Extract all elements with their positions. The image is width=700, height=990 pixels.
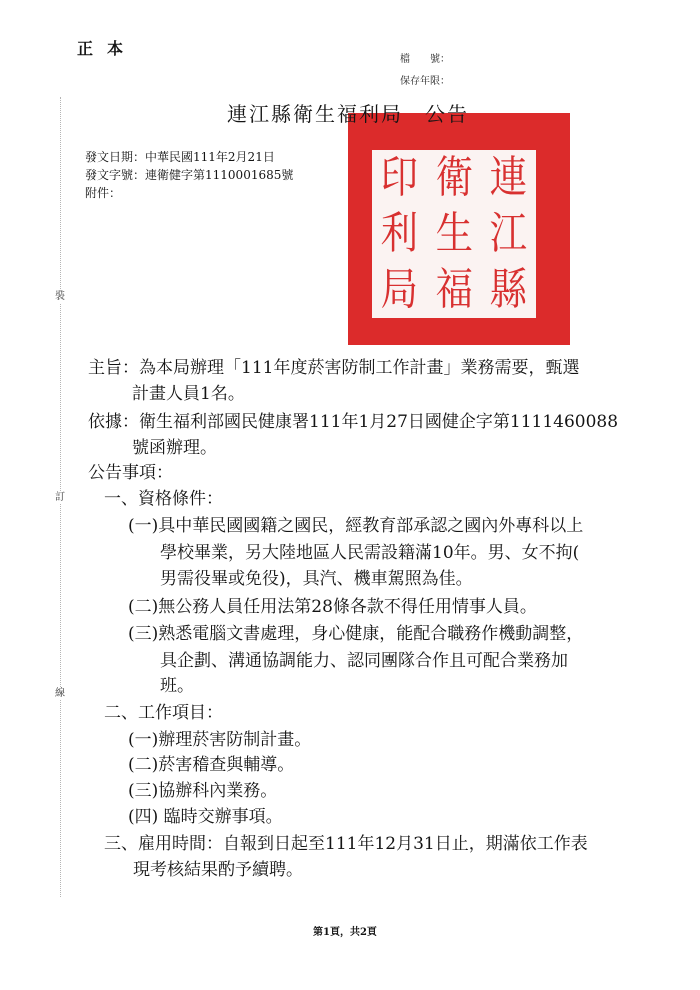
item-text: 具中華民國國籍之國民，經教育部承認之國內外專科以上 [158, 516, 583, 536]
item-marker: (二) [128, 755, 158, 775]
qualification-item-1-cont: 學校畢業，另大陸地區人民需設籍滿10年。男、女不拘( [160, 540, 579, 566]
file-number-field: 檔 號： [400, 50, 450, 65]
item-marker: (三) [128, 781, 158, 801]
issue-number-row: 發文字號：連衛健字第1110001685號 [85, 166, 293, 183]
qualification-item-1-cont: 男需役畢或免役)，具汽、機車駕照為佳。 [160, 566, 473, 592]
section-heading-employment: 三、雇用時間： [104, 834, 223, 854]
duty-item-3: (三)協辦科內業務。 [128, 778, 277, 804]
item-marker: (四) [128, 807, 158, 827]
item-text: 辦理菸害防制計畫。 [158, 730, 311, 750]
qualification-item-3: (三)熟悉電腦文書處理，身心健康，能配合職務作機動調整， [128, 621, 583, 647]
seal-char: 生 [431, 206, 477, 262]
subject-text: 為本局辦理「111年度菸害防制工作計畫」業務需要，甄選 [139, 358, 579, 378]
official-seal-stamp: 印 衛 連 利 生 江 局 福 縣 [348, 113, 570, 345]
issue-number-label: 發文字號： [85, 168, 145, 182]
section-heading-duties: 二、工作項目： [104, 700, 223, 726]
seal-char: 衛 [431, 150, 477, 206]
document-title: 連江縣衛生福利局 公告 [227, 98, 469, 127]
item-marker: (二) [128, 597, 158, 617]
seal-char: 縣 [485, 262, 531, 318]
subject-line-2: 計畫人員1名。 [132, 381, 245, 407]
seal-char: 印 [376, 150, 422, 206]
qualification-item-3-cont: 班。 [160, 673, 194, 699]
basis-line-2: 號函辦理。 [132, 435, 217, 461]
page-number-footer: 第1頁，共2頁 [313, 923, 377, 938]
qualification-item-1: (一)具中華民國國籍之國民，經教育部承認之國內外專科以上 [128, 513, 583, 539]
binding-mark: 裝 [55, 291, 65, 303]
seal-inner: 印 衛 連 利 生 江 局 福 縣 [372, 150, 536, 318]
item-text: 熟悉電腦文書處理，身心健康，能配合職務作機動調整， [158, 624, 583, 644]
seal-char: 福 [431, 262, 477, 318]
section-heading-qualifications: 一、資格條件： [104, 486, 223, 512]
item-marker: (三) [128, 624, 158, 644]
item-text: 協辦科內業務。 [158, 781, 277, 801]
basis-label: 依據： [88, 412, 139, 432]
binding-mark: 線 [55, 688, 65, 700]
duty-item-2: (二)菸害稽查與輔導。 [128, 752, 294, 778]
binding-mark: 訂 [55, 492, 65, 504]
seal-char: 局 [376, 262, 422, 318]
attachment-row: 附件： [85, 184, 121, 201]
qualification-item-3-cont: 具企劃、溝通協調能力、認同團隊合作且可配合業務加 [160, 648, 568, 674]
item-marker: (一) [128, 730, 158, 750]
duty-item-4: (四) 臨時交辦事項。 [128, 804, 283, 830]
employment-period-line-1: 三、雇用時間：自報到日起至111年12月31日止，期滿依工作表 [104, 831, 588, 857]
item-text: 無公務人員任用法第28條各款不得任用情事人員。 [158, 597, 537, 617]
retention-period-field: 保存年限： [400, 72, 450, 87]
employment-period-line-2: 現考核結果酌予續聘。 [133, 857, 303, 883]
copy-type-label: 正本 [77, 36, 137, 59]
issue-number-value: 連衛健字第1110001685號 [145, 168, 293, 182]
issue-date-value: 中華民國111年2月21日 [145, 150, 275, 164]
subject-line-1: 主旨：為本局辦理「111年度菸害防制工作計畫」業務需要，甄選 [88, 355, 579, 381]
item-marker: (一) [128, 516, 158, 536]
basis-line-1: 依據：衛生福利部國民健康署111年1月27日國健企字第1111460088 [88, 409, 618, 435]
qualification-item-2: (二)無公務人員任用法第28條各款不得任用情事人員。 [128, 594, 537, 620]
seal-char: 江 [485, 206, 531, 262]
issue-date-row: 發文日期：中華民國111年2月21日 [85, 148, 275, 165]
basis-text: 衛生福利部國民健康署111年1月27日國健企字第1111460088 [139, 412, 618, 432]
issue-date-label: 發文日期： [85, 150, 145, 164]
item-text: 菸害稽查與輔導。 [158, 755, 294, 775]
seal-char: 連 [485, 150, 531, 206]
announcement-heading: 公告事項： [88, 460, 173, 486]
subject-label: 主旨： [88, 358, 139, 378]
seal-char: 利 [376, 206, 422, 262]
duty-item-1: (一)辦理菸害防制計畫。 [128, 727, 311, 753]
employment-text: 自報到日起至111年12月31日止，期滿依工作表 [223, 834, 588, 854]
item-text: 臨時交辦事項。 [158, 807, 282, 827]
